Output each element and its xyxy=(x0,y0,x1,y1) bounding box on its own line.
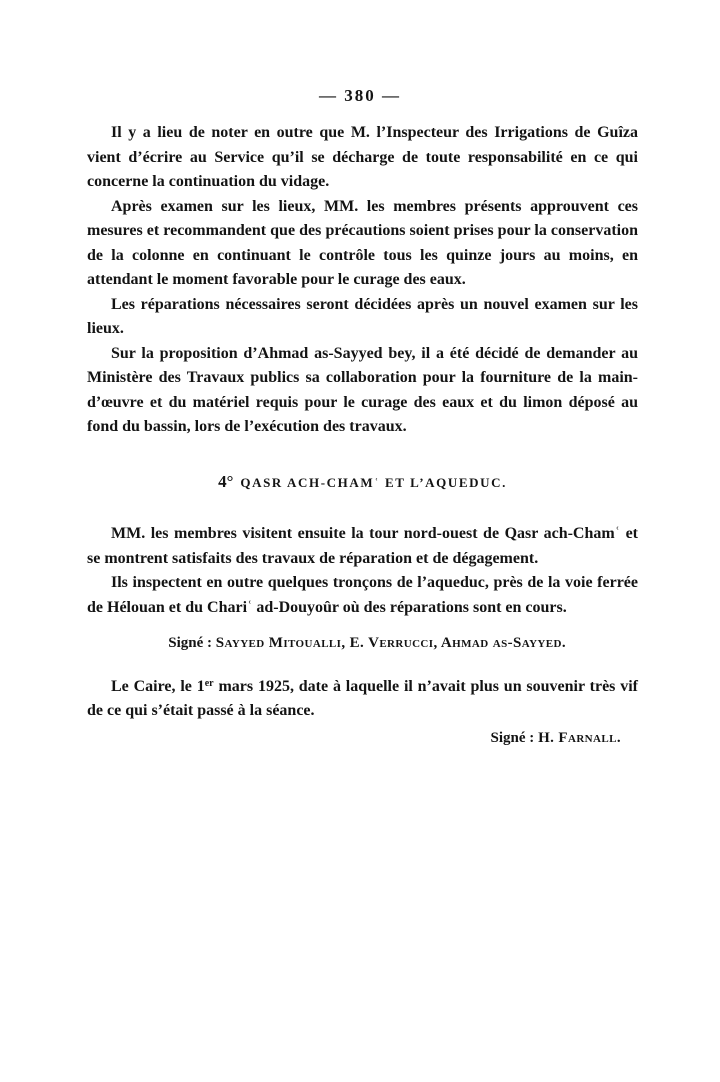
section-title: QASR ACH-CHAMʿ ET L’AQUEDUC. xyxy=(240,475,507,490)
signature-members-names: Sayyed Mitoualli, E. Verrucci, Ahmad as-… xyxy=(216,635,566,651)
signature-members-prefix: Signé : xyxy=(168,635,216,651)
signature-line-final: Signé : H. Farnall. xyxy=(87,726,638,751)
paragraph-reparations: Les réparations nécessaires seront décid… xyxy=(87,293,638,342)
text-block: Il y a lieu de noter en outre que M. l’I… xyxy=(87,121,638,750)
closing-text-start: Le Caire, le 1 xyxy=(111,678,205,695)
paragraph-tour-nord-ouest: MM. les membres visitent ensuite la tour… xyxy=(87,522,638,571)
ordinal-superscript: er xyxy=(205,678,214,689)
paragraph-irrigations: Il y a lieu de noter en outre que M. l’I… xyxy=(87,121,638,195)
section-number: 4° xyxy=(218,472,233,491)
scanned-document-page: — 380 — Il y a lieu de noter en outre qu… xyxy=(0,0,720,1082)
signature-final-name: H. Farnall. xyxy=(538,730,621,746)
paragraph-examen: Après examen sur les lieux, MM. les memb… xyxy=(87,195,638,293)
paragraph-aqueduc: Ils inspectent en outre quelques tronçon… xyxy=(87,571,638,620)
signature-final-prefix: Signé : xyxy=(491,730,539,746)
page-number: — 380 — xyxy=(0,86,720,106)
closing-paragraph: Le Caire, le 1er mars 1925, date à laque… xyxy=(87,675,638,724)
signature-line-members: Signé : Sayyed Mitoualli, E. Verrucci, A… xyxy=(87,631,638,656)
section-heading: 4°QASR ACH-CHAMʿ ET L’AQUEDUC. xyxy=(87,470,638,496)
paragraph-proposition: Sur la proposition d’Ahmad as-Sayyed bey… xyxy=(87,342,638,440)
